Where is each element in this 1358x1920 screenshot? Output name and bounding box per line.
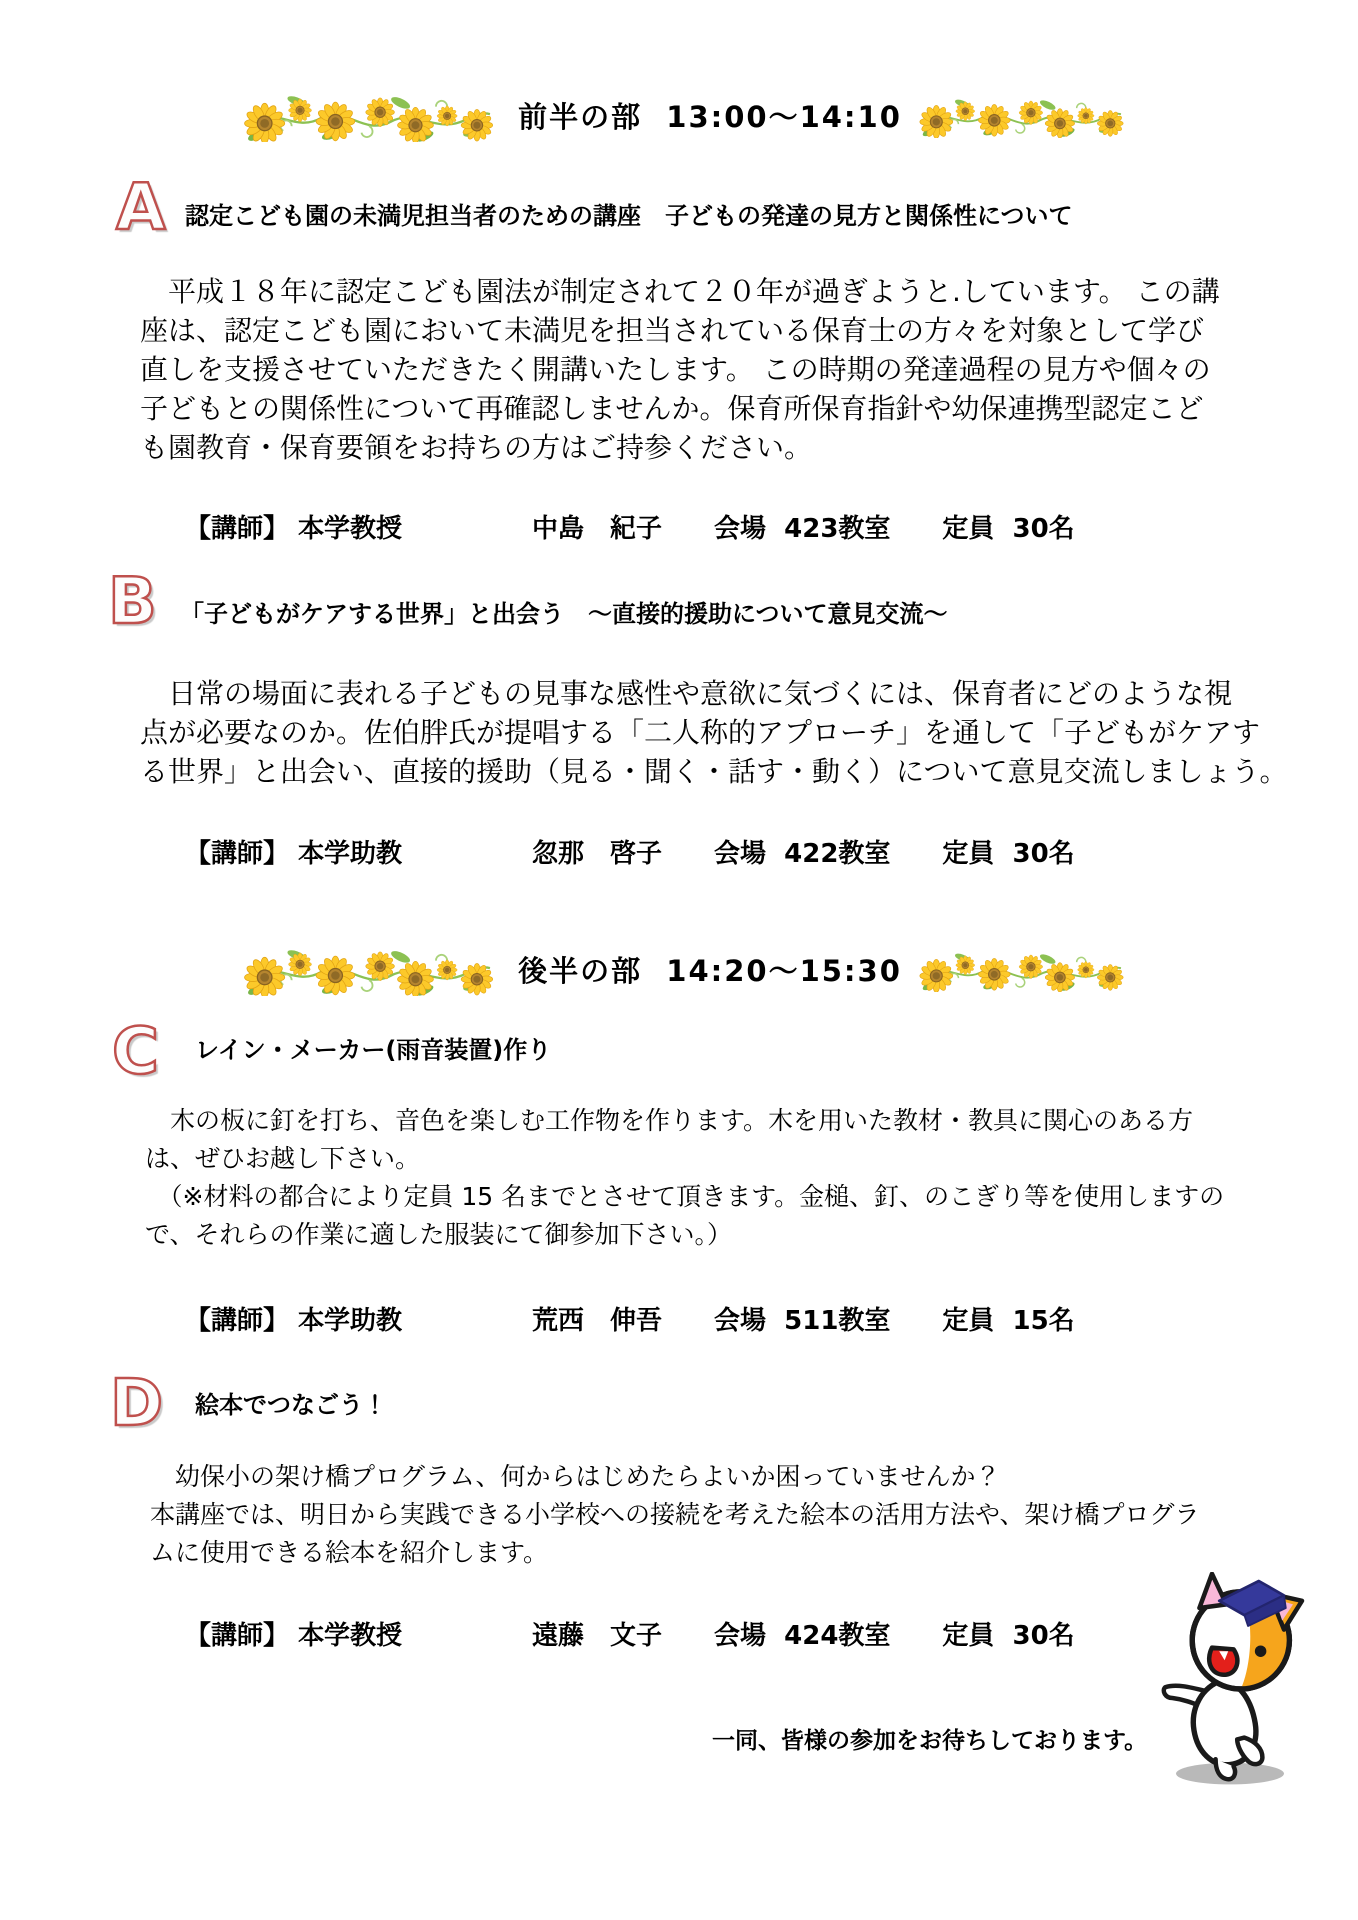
section-b-instructor: 【講師】 本学助教 忽那 啓子 会場 422教室 定員 30名 <box>185 833 1075 870</box>
section-c-body: 木の板に釘を打ち、音色を楽しむ工作物を作ります。木を用いた教材・教具に関心のある… <box>145 1102 1224 1254</box>
body-line: 本講座では、明日から実践できる小学校への接続を考えた絵本の活用方法や、架け橋プロ… <box>150 1496 1200 1534</box>
section-d-body: 幼保小の架け橋プログラム、何からはじめたらよいか困っていませんか？ 本講座では、… <box>150 1458 1200 1572</box>
sunflower-garland-icon <box>234 88 502 142</box>
body-line: 幼保小の架け橋プログラム、何からはじめたらよいか困っていませんか？ <box>150 1458 1200 1496</box>
section-c-instructor: 【講師】 本学助教 荒西 伸吾 会場 511教室 定員 15名 <box>185 1300 1075 1337</box>
body-line: る世界」と出会い、直接的援助（見る・聞く・話す・動く）について意見交流しましょう… <box>140 752 1287 791</box>
section-a-letter: A <box>116 176 166 240</box>
body-line: 直しを支援させていただきたく開講いたします。 この時期の発達過程の見方や個々の <box>140 350 1220 389</box>
part2-header-row: 後半の部 14:20～15:30 <box>0 942 1358 996</box>
section-d-letter: D <box>110 1372 163 1436</box>
part2-header-label: 後半の部 14:20～15:30 <box>518 949 902 990</box>
section-a-title: 認定こども園の未満児担当者のための講座 子どもの発達の見方と関係性について <box>185 196 1073 231</box>
sunflower-garland-icon <box>234 942 502 996</box>
part1-header-label: 前半の部 13:00～14:10 <box>518 95 902 136</box>
section-b-letter: B <box>108 570 157 634</box>
body-line: 点が必要なのか。佐伯胖氏が提唱する「二人称的アプローチ」を通して「子どもがケアす <box>140 713 1287 752</box>
body-line: は、ぜひお越し下さい。 <box>145 1140 1224 1178</box>
sunflower-garland-icon <box>918 92 1124 138</box>
body-line: も園教育・保育要領をお持ちの方はご持参ください。 <box>140 428 1220 467</box>
body-line: 子どもとの関係性について再確認しませんか。保育所保育指針や幼保連携型認定こど <box>140 389 1220 428</box>
body-line: 木の板に釘を打ち、音色を楽しむ工作物を作ります。木を用いた教材・教具に関心のある… <box>145 1102 1224 1140</box>
section-a-instructor: 【講師】 本学教授 中島 紀子 会場 423教室 定員 30名 <box>185 508 1075 545</box>
body-line: で、それらの作業に適した服装にて御参加下さい。） <box>145 1216 1224 1254</box>
section-a-body: 平成１８年に認定こども園法が制定されて２０年が過ぎようと.しています。 この講 … <box>140 272 1220 467</box>
section-d-instructor: 【講師】 本学教授 遠藤 文子 会場 424教室 定員 30名 <box>185 1615 1075 1652</box>
closing-note: 一同、皆様の参加をお待ちしております。 <box>712 1722 1147 1755</box>
body-line: 座は、認定こども園において未満児を担当されている保育士の方々を対象として学び <box>140 311 1220 350</box>
sunflower-garland-icon <box>918 946 1124 992</box>
body-line: 平成１８年に認定こども園法が制定されて２０年が過ぎようと.しています。 この講 <box>140 272 1220 311</box>
body-line: ムに使用できる絵本を紹介します。 <box>150 1534 1200 1572</box>
body-line: 日常の場面に表れる子どもの見事な感性や意欲に気づくには、保育者にどのような視 <box>140 674 1287 713</box>
part1-header-row: 前半の部 13:00～14:10 <box>0 88 1358 142</box>
cat-graduation-mascot-icon <box>1140 1572 1338 1788</box>
section-c-title: レイン・メーカー(雨音装置)作り <box>195 1030 551 1065</box>
section-d-title: 絵本でつなごう！ <box>195 1385 387 1420</box>
section-b-title: 「子どもがケアする世界」と出会う ～直接的援助について意見交流～ <box>180 594 948 629</box>
section-c-letter: C <box>112 1020 159 1084</box>
document-page: 前半の部 13:00～14:10 A 認定こども園の未満児担当者のための講座 子… <box>0 0 1358 1920</box>
body-line: （※材料の都合により定員 15 名までとさせて頂きます。金槌、釘、のこぎり等を使… <box>145 1178 1224 1216</box>
section-b-body: 日常の場面に表れる子どもの見事な感性や意欲に気づくには、保育者にどのような視 点… <box>140 674 1287 791</box>
